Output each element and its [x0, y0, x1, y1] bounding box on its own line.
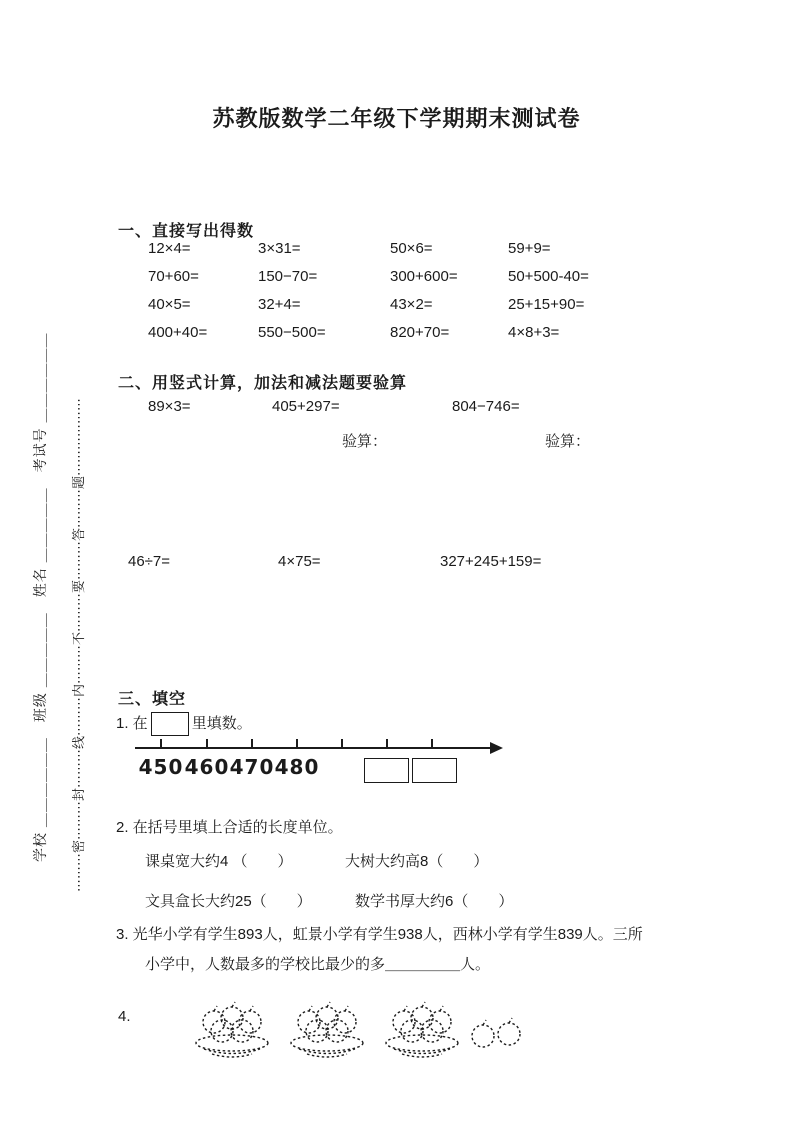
calc-item: 50+500-40=	[508, 268, 708, 296]
calc-item: 400+40=	[148, 324, 258, 352]
vertical-calc-item: 804−746=	[452, 398, 520, 415]
number-line-axis	[135, 747, 493, 749]
seal-dotted-line: ⋯⋯⋯密⋯⋯⋯封⋯⋯⋯线⋯⋯⋯内⋯⋯⋯不⋯⋯⋯要⋯⋯⋯答⋯⋯⋯题⋯⋯⋯⋯⋯⋯	[68, 212, 87, 892]
tick-label: 470	[229, 755, 275, 779]
number-line-arrow-icon	[490, 742, 503, 754]
calc-item: 25+15+90=	[508, 296, 708, 324]
tick-label: 480	[274, 755, 320, 779]
loose-apples	[472, 1018, 520, 1047]
calc-item: 300+600=	[390, 268, 508, 296]
calc-item: 40×5=	[148, 296, 258, 324]
calc-item: 70+60=	[148, 268, 258, 296]
question-3-line2: 小学中，人数最多的学校比最少的多＿＿＿＿＿人。	[145, 953, 490, 974]
number-line: 450 460 470 480	[135, 735, 510, 795]
oral-calculation-grid: 12×4= 3×31= 50×6= 59+9= 70+60= 150−70= 3…	[148, 240, 708, 352]
tick-mark	[341, 739, 343, 748]
check-calc-label: 验算：	[342, 430, 387, 451]
calc-item: 550−500=	[258, 324, 390, 352]
calc-item: 12×4=	[148, 240, 258, 268]
calc-item: 59+9=	[508, 240, 708, 268]
question-2-item: 大树大约高8（ ）	[345, 850, 488, 871]
question-2-item: 数学书厚大约6（ ）	[355, 890, 513, 911]
tick-mark	[386, 739, 388, 748]
answer-box	[364, 758, 409, 783]
section2-heading: 二、用竖式计算，加法和减法题要验算	[118, 370, 407, 393]
tick-label: 460	[184, 755, 230, 779]
question-2-item: 文具盒长大约25（ ）	[145, 890, 312, 911]
tick-mark	[296, 739, 298, 748]
test-paper-page: 苏教版数学二年级下学期期末测试卷 学校 ＿＿＿＿＿＿ 班级 ＿＿＿＿＿ 姓名 ＿…	[0, 0, 793, 1122]
tick-mark	[206, 739, 208, 748]
page-title: 苏教版数学二年级下学期期末测试卷	[0, 102, 793, 133]
section1-heading: 一、直接写出得数	[118, 218, 254, 241]
calc-item: 820+70=	[390, 324, 508, 352]
apple-plate	[291, 1002, 363, 1057]
calc-item: 32+4=	[258, 296, 390, 324]
calc-item: 4×8+3=	[508, 324, 708, 352]
vertical-calc-item: 4×75=	[278, 553, 321, 570]
apples-illustration	[190, 998, 535, 1068]
tick-label: 450	[138, 755, 184, 779]
check-calc-label: 验算：	[545, 430, 590, 451]
apple-plate	[386, 1002, 458, 1057]
tick-mark	[160, 739, 162, 748]
calc-item: 150−70=	[258, 268, 390, 296]
answer-box	[412, 758, 457, 783]
vertical-calc-item: 327+245+159=	[440, 553, 541, 570]
tick-mark	[251, 739, 253, 748]
tick-mark	[431, 739, 433, 748]
question-4-label: 4.	[118, 1008, 131, 1025]
seal-fields-text: 学校 ＿＿＿＿＿＿ 班级 ＿＿＿＿＿ 姓名 ＿＿＿＿＿ 考试号 ＿＿＿＿＿＿	[30, 222, 50, 862]
question-2-item: 课桌宽大约4 （ ）	[145, 850, 293, 871]
calc-item: 50×6=	[390, 240, 508, 268]
fill-box	[151, 712, 189, 736]
vertical-calc-item: 46÷7=	[128, 553, 170, 570]
question-1-suffix: 里填数。	[192, 715, 252, 732]
apple-plate	[196, 1002, 268, 1057]
calc-item: 3×31=	[258, 240, 390, 268]
question-2: 2. 在括号里填上合适的长度单位。	[116, 816, 343, 837]
vertical-calc-item: 89×3=	[148, 398, 191, 415]
question-3-line1: 3. 光华小学有学生893人，虹景小学有学生938人，西林小学有学生839人。三…	[116, 923, 643, 944]
vertical-calc-item: 405+297=	[272, 398, 340, 415]
section3-heading: 三、填空	[118, 686, 186, 709]
question-1: 1. 在里填数。	[116, 712, 252, 736]
question-1-prefix: 1. 在	[116, 715, 148, 732]
calc-item: 43×2=	[390, 296, 508, 324]
